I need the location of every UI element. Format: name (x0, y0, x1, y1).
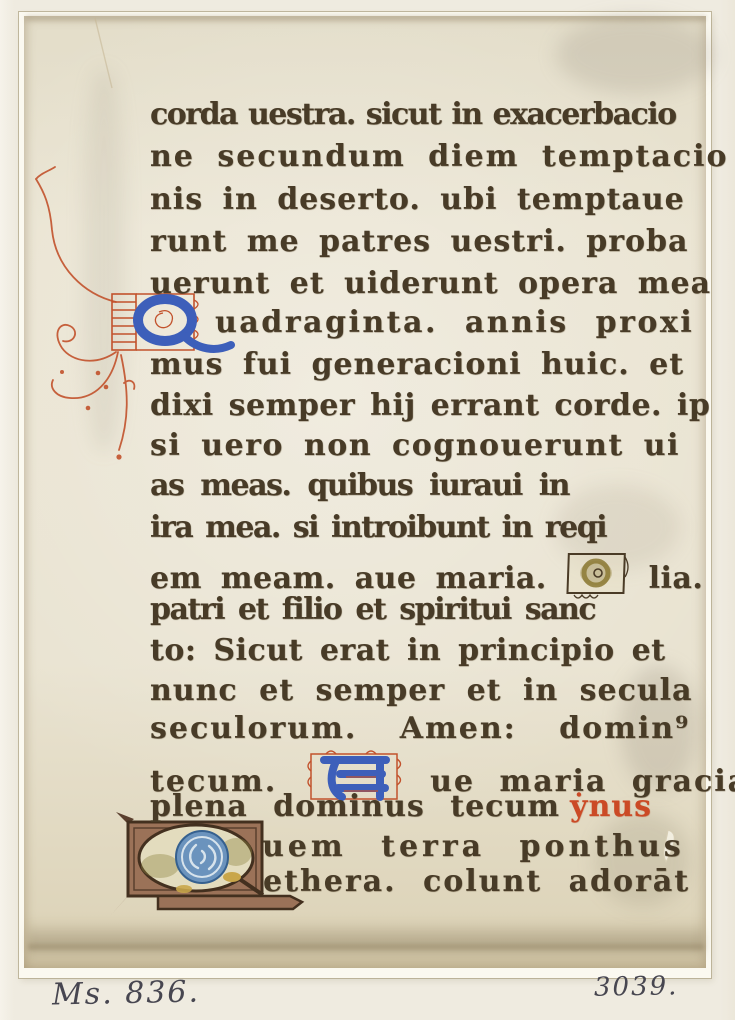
annotation-ms-number: Ms. 836. (52, 974, 201, 1012)
text-line: mus fui generacioni huic. et (150, 345, 684, 385)
rubric-red-word: ẏnus (570, 789, 652, 824)
text-line: ne secundum diem temptacio (150, 137, 728, 177)
matted-manuscript-photo: corda uestra. sicut in exacerbacio ne se… (0, 0, 735, 1020)
text-line: seculorum. Amen: domin⁹ (150, 709, 690, 749)
text-line: ira mea. si introibunt in reqi (150, 508, 606, 548)
line-text: lia. (649, 561, 704, 596)
text-line: si uero non cognouerunt ui (150, 426, 680, 466)
text-line: as meas. quibus iuraui in (150, 466, 569, 506)
text-line: plena dominus tecumẏnus (150, 787, 652, 827)
annotation-catalog-number: 3039. (594, 971, 679, 1002)
line-text: plena dominus tecum (150, 789, 560, 824)
text-line: patri et filio et spiritui sanc (150, 590, 595, 630)
text-line: uerunt et uiderunt opera mea (150, 264, 711, 304)
text-line: ethera. colunt adorāt (150, 862, 690, 902)
text-line: Quadraginta. annis proxi (150, 303, 694, 343)
line-text: uadraginta. annis proxi (215, 305, 694, 340)
text-line: Quem terra ponthus (150, 827, 685, 867)
text-line: nunc et semper et in secula (150, 671, 693, 711)
text-line: runt me patres uestri. proba (150, 222, 688, 262)
line-text: uem terra ponthus (262, 829, 685, 864)
text-line: to: Sicut erat in principio et (150, 631, 666, 671)
text-line: nis in deserto. ubi temptaue (150, 180, 685, 220)
text-line: dixi semper hij errant corde. ip (150, 386, 710, 426)
text-line: corda uestra. sicut in exacerbacio (150, 95, 676, 135)
